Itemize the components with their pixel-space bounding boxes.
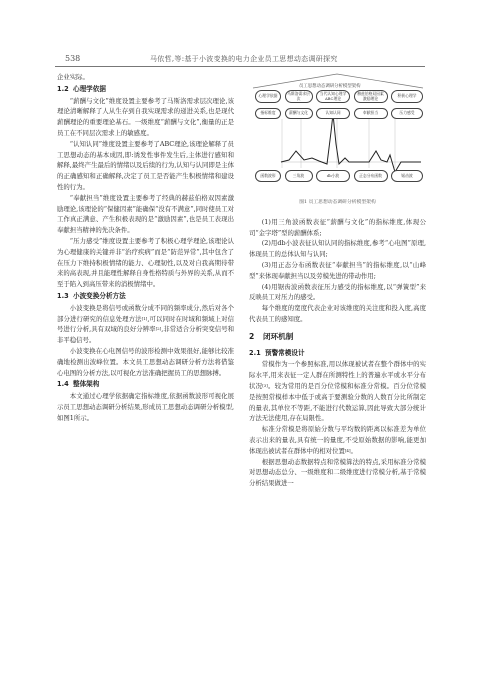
figure-node: 当代认知心理学ABC理论 — [316, 90, 350, 103]
figure-node: db小波 — [316, 170, 350, 182]
figure-node: 认知认同 — [316, 108, 350, 119]
section-heading-2: 2闭环机制 — [249, 332, 426, 343]
figure-1-model-architecture: 员工思想动态调研分析模型架构 心理学依据 马斯洛需求层次 当代认知心理学ABC理… — [249, 72, 426, 194]
list-item: (1)用三角波函数表征“薪酬与文化”的指标维度,体现公司“金字塔”型的薪酬体系; — [249, 217, 426, 239]
page-number: 538 — [65, 54, 80, 63]
list-item: (3)用正态分布函数表征“奉献担当”的指标维度,以“山峰型”来体现奉献担当以及劳… — [249, 260, 426, 282]
figure-node: 赫兹伯格双因素激励理论 — [354, 90, 388, 103]
figure-caption: 图1 员工思想动态调研分析模型架构 — [249, 198, 426, 209]
figure-node: 压力感受 — [391, 108, 423, 119]
paragraph: 本文通过心理学依据确定指标维度,依据函数波形可视化展示员工思想动态调研分析结果,… — [57, 391, 234, 423]
figure-node: 奉献担当 — [354, 108, 388, 119]
list-item: (2)用db小波表征认知认同的指标维度,参考“心电图”原理,体现员工的总体认知与… — [249, 238, 426, 260]
paragraph: “奉献担当”维度设置主要参考了经典的赫兹伯格双因素激励理论,该理论的“保健因素”… — [57, 193, 234, 236]
section-heading-1-4: 1.4整体架构 — [57, 379, 234, 390]
figure-node: 指标维度 — [255, 108, 281, 119]
section-heading-1-2: 1.2心理学依据 — [57, 84, 234, 95]
figure-node: 锯齿波 — [391, 170, 423, 182]
figure-row-waveforms: 函数波形 三角波 db小波 正态分布函数 锯齿波 — [255, 170, 423, 182]
figure-node: 正态分布函数 — [354, 170, 388, 182]
figure-node: 函数波形 — [255, 170, 281, 182]
paragraph: 根据思想动态数据特点和常模算法的特点,采用标准分常模对思想动态总分、一级维度和二… — [249, 457, 426, 489]
paragraph: 标准分常模是将原始分数与平均数的距离以标准差为单位表示出来的量表,具有统一的量度… — [249, 424, 426, 456]
paragraph: 每个维度的宽度代表企业对该维度的关注度和投入度,高度代表员工的感知度。 — [249, 303, 426, 325]
figure-row-psychology: 心理学依据 马斯洛需求层次 当代认知心理学ABC理论 赫兹伯格双因素激励理论 积… — [255, 90, 423, 103]
right-column: 员工思想动态调研分析模型架构 心理学依据 马斯洛需求层次 当代认知心理学ABC理… — [249, 72, 426, 489]
paragraph: 常模作为一个参照标准,用以体现被试者在整个群体中的实际水平,用来表征一定人群在所… — [249, 359, 426, 424]
page-header: 538 马依哲,等:基于小波变换的电力企业员工思想动态调研探究 — [55, 52, 425, 67]
figure-node: 积极心理学 — [391, 90, 423, 103]
paragraph: “薪酬与文化”维度设置主要参考了马斯洛需求层次理论,该理论清晰解释了人从生存到自… — [57, 96, 234, 139]
list-item: (4)用锯齿波函数表征压力感受的指标维度,以“弹簧型”来反映员工对压力的感受。 — [249, 282, 426, 304]
figure-node: 三角波 — [285, 170, 313, 182]
figure-node: 心理学依据 — [255, 90, 281, 103]
intro-tail: 企业实际。 — [57, 72, 234, 83]
figure-node: 薪酬与文化 — [285, 108, 313, 119]
figure-node: 马斯洛需求层次 — [285, 90, 313, 103]
waveform — [281, 114, 421, 172]
paragraph: 小波变换是将信号或函数分成不同的频率成分,然后对各个部分进行研究的信息处理方法[… — [57, 303, 234, 346]
section-heading-2-1: 2.1预警常模设计 — [249, 348, 426, 359]
figure-row-dimensions: 指标维度 薪酬与文化 认知认同 奉献担当 压力感受 — [255, 108, 423, 119]
paragraph: “认知认同”维度设置主要参考了ABC理论,该理论解释了员工思想动态的基本成因,即… — [57, 139, 234, 193]
running-title: 马依哲,等:基于小波变换的电力企业员工思想动态调研探究 — [150, 54, 338, 64]
paragraph: “压力感受”维度设置主要参考了积极心理学理论,该理论认为心理健康的关键并非“治疗… — [57, 236, 234, 290]
left-column: 企业实际。 1.2心理学依据 “薪酬与文化”维度设置主要参考了马斯洛需求层次理论… — [57, 72, 234, 424]
paragraph: 小波变换在心电图信号的波形检测中效果很好,能够比较准确地检测出波峰位置。本文员工… — [57, 346, 234, 378]
section-heading-1-3: 1.3小波变换分析方法 — [57, 291, 234, 302]
